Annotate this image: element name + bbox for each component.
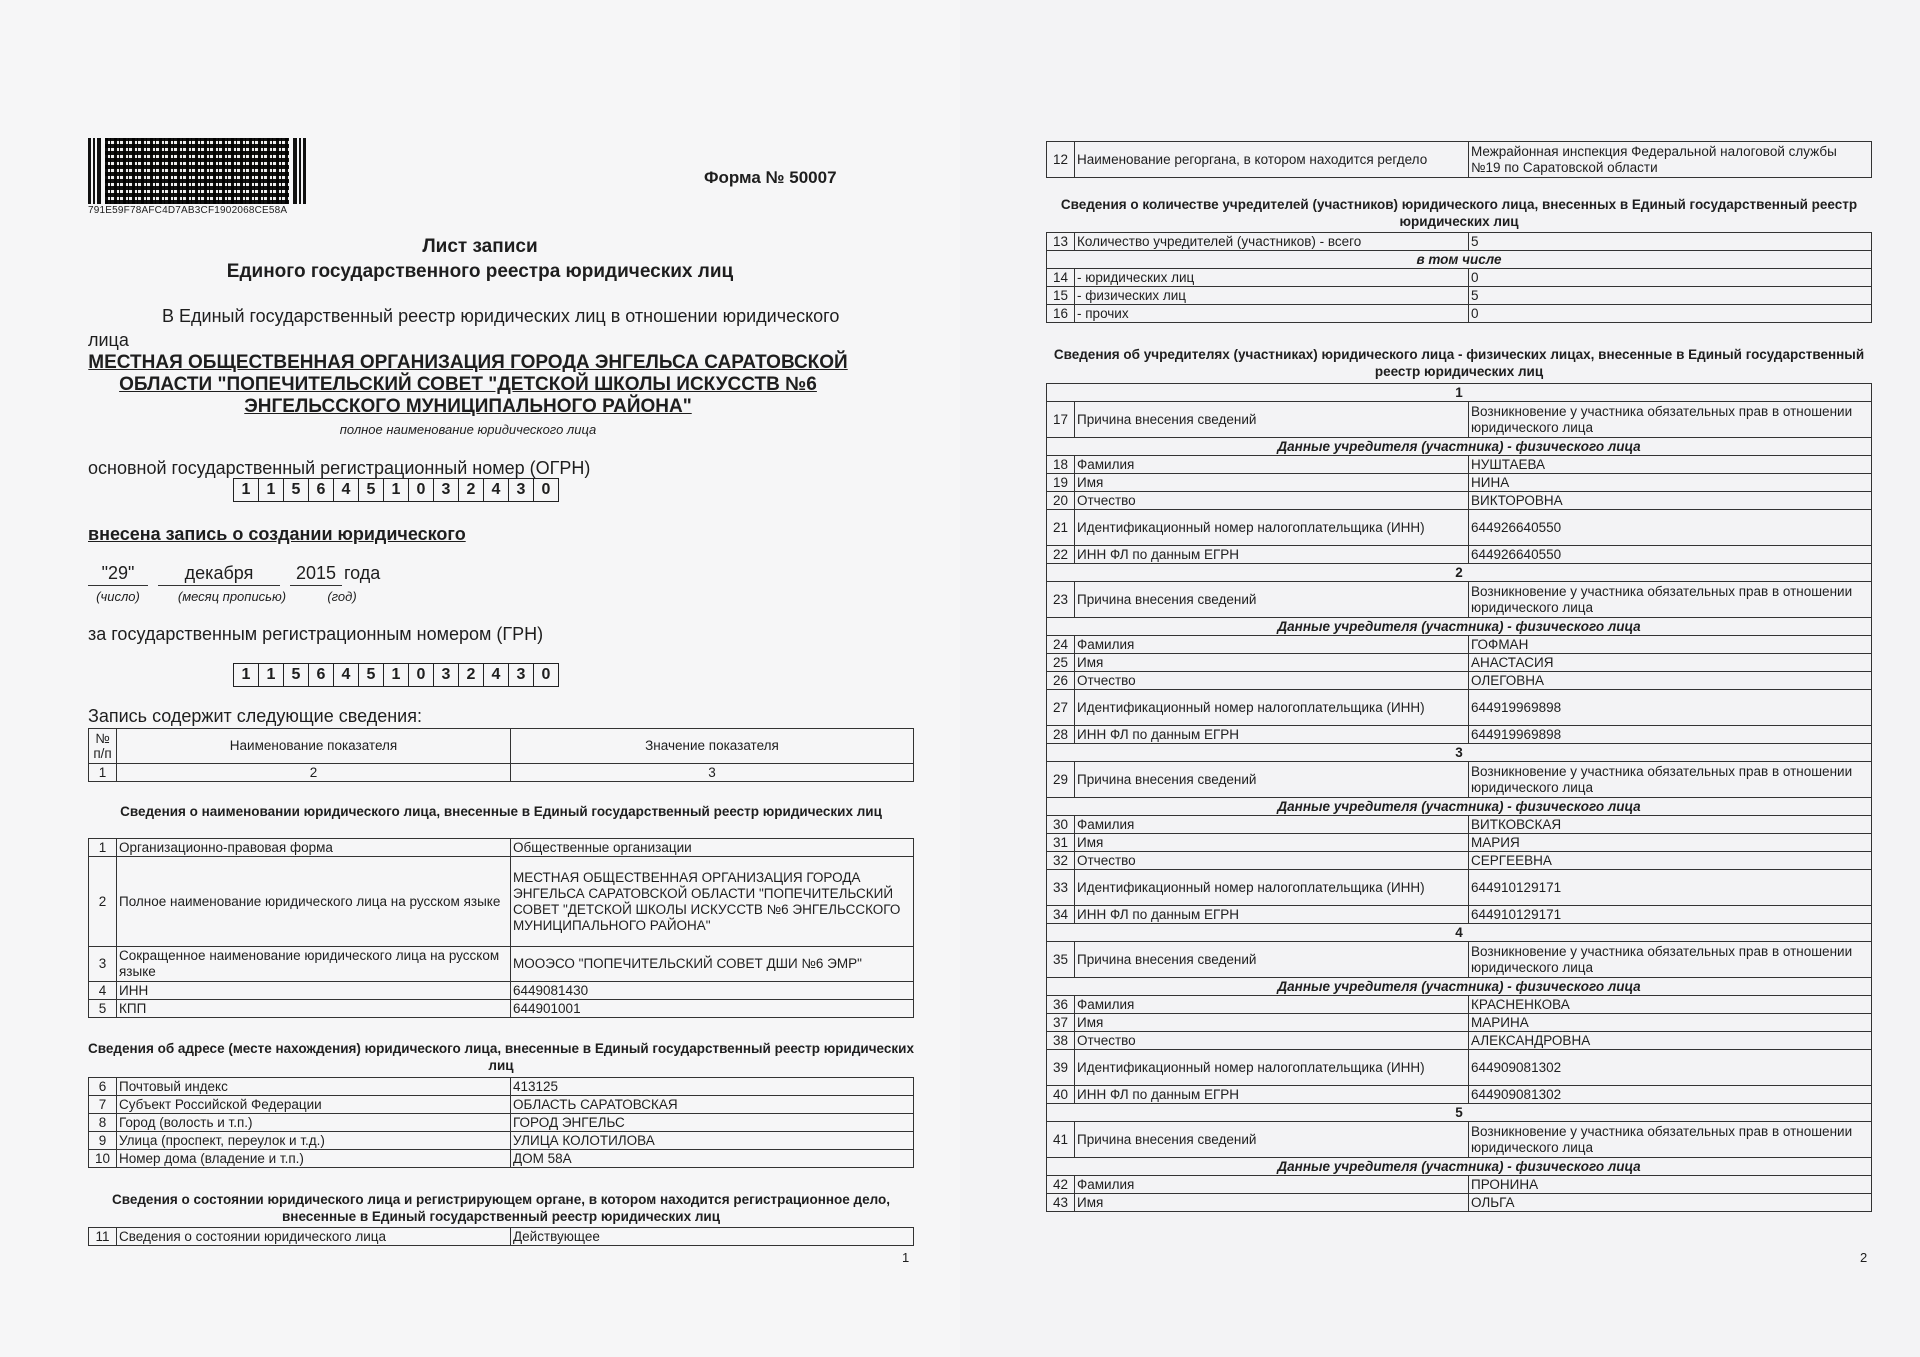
- date-month-caption: (месяц прописью): [158, 589, 306, 604]
- row-value: 644910129171: [1469, 906, 1872, 924]
- row-label: Отчество: [1075, 672, 1469, 690]
- digit-box: 3: [509, 479, 534, 501]
- row-number: 18: [1047, 456, 1075, 474]
- row-number: 43: [1047, 1194, 1075, 1212]
- digit-box: 2: [459, 664, 484, 686]
- table-row: 24ФамилияГОФМАН: [1047, 636, 1872, 654]
- document-subtitle: Единого государственного реестра юридиче…: [0, 261, 960, 283]
- row-label: - прочих: [1075, 305, 1469, 323]
- row-value: Возникновение у участника обязательных п…: [1469, 942, 1872, 978]
- table-row: 14- юридических лиц0: [1047, 269, 1872, 287]
- table-row: 29Причина внесения сведенийВозникновение…: [1047, 762, 1872, 798]
- row-value: 644919969898: [1469, 726, 1872, 744]
- row-number: 20: [1047, 492, 1075, 510]
- document-title: Лист записи: [0, 236, 960, 258]
- ogrn-label: основной государственный регистрационный…: [88, 458, 590, 479]
- row-value: Действующее: [511, 1228, 914, 1246]
- row-value: АЛЕКСАНДРОВНА: [1469, 1032, 1872, 1050]
- row-number: 10: [89, 1150, 117, 1168]
- row-number: 16: [1047, 305, 1075, 323]
- row-number: 23: [1047, 582, 1075, 618]
- row-number: 34: [1047, 906, 1075, 924]
- table-row: 42ФамилияПРОНИНА: [1047, 1176, 1872, 1194]
- header-index-2: 2: [117, 764, 511, 782]
- ogrn-digit-boxes: 1156451032430: [233, 478, 559, 502]
- row-value: 644901001: [511, 1000, 914, 1018]
- row-value: УЛИЦА КОЛОТИЛОВА: [511, 1132, 914, 1150]
- row-value: МЕСТНАЯ ОБЩЕСТВЕННАЯ ОРГАНИЗАЦИЯ ГОРОДА …: [511, 857, 914, 947]
- table-row: 23Причина внесения сведенийВозникновение…: [1047, 582, 1872, 618]
- digit-box: 1: [259, 664, 284, 686]
- row-number: 1: [89, 839, 117, 857]
- row-label: ИНН: [117, 982, 511, 1000]
- header-index-3: 3: [511, 764, 914, 782]
- row-label: Сокращенное наименование юридического ли…: [117, 947, 511, 982]
- row-value: ГОРОД ЭНГЕЛЬС: [511, 1114, 914, 1132]
- row-label: Причина внесения сведений: [1075, 402, 1469, 438]
- table-row: 1Организационно-правовая формаОбщественн…: [89, 839, 914, 857]
- row-value: 5: [1469, 287, 1872, 305]
- table-row: 6Почтовый индекс413125: [89, 1078, 914, 1096]
- page-1: 791E59F78AFC4D7AB3CF1902068CE58A Форма №…: [0, 0, 960, 1357]
- row-value: Возникновение у участника обязательных п…: [1469, 582, 1872, 618]
- header-table: № п/п Наименование показателя Значение п…: [88, 728, 914, 782]
- row-number: 30: [1047, 816, 1075, 834]
- row-number: 7: [89, 1096, 117, 1114]
- row-number: 31: [1047, 834, 1075, 852]
- table-row: 16- прочих0: [1047, 305, 1872, 323]
- founder-count-table: 13Количество учредителей (участников) - …: [1046, 232, 1872, 323]
- table-row: 43ИмяОЛЬГА: [1047, 1194, 1872, 1212]
- section-title-name: Сведения о наименовании юридического лиц…: [88, 803, 914, 820]
- row-number: 19: [1047, 474, 1075, 492]
- table-row: 22ИНН ФЛ по данным ЕГРН644926640550: [1047, 546, 1872, 564]
- table-row: 13Количество учредителей (участников) - …: [1047, 233, 1872, 251]
- row-label: Номер дома (владение и т.п.): [117, 1150, 511, 1168]
- page-number-2: 2: [1860, 1250, 1867, 1265]
- table-row: 26ОтчествоОЛЕГОВНА: [1047, 672, 1872, 690]
- row-value: Межрайонная инспекция Федеральной налого…: [1469, 142, 1872, 178]
- row-value: Возникновение у участника обязательных п…: [1469, 402, 1872, 438]
- row-value: МАРИЯ: [1469, 834, 1872, 852]
- founder-index: 5: [1047, 1104, 1872, 1122]
- row-label: Причина внесения сведений: [1075, 762, 1469, 798]
- row-number: 11: [89, 1228, 117, 1246]
- table-row: 12Наименование регоргана, в котором нахо…: [1047, 142, 1872, 178]
- row-number: 3: [89, 947, 117, 982]
- section-title-founder-count: Сведения о количестве учредителей (участ…: [1046, 196, 1872, 230]
- address-table: 6Почтовый индекс4131257Субъект Российско…: [88, 1077, 914, 1168]
- table-row: 7Субъект Российской ФедерацииОБЛАСТЬ САР…: [89, 1096, 914, 1114]
- table-row: 34ИНН ФЛ по данным ЕГРН644910129171: [1047, 906, 1872, 924]
- barcode-image: [88, 138, 306, 204]
- row-label: ИНН ФЛ по данным ЕГРН: [1075, 546, 1469, 564]
- section-title-address: Сведения об адресе (месте нахождения) юр…: [88, 1040, 914, 1074]
- row-number: 4: [89, 982, 117, 1000]
- row-label: Идентификационный номер налогоплательщик…: [1075, 1050, 1469, 1086]
- table-row: 35Причина внесения сведенийВозникновение…: [1047, 942, 1872, 978]
- digit-box: 1: [384, 479, 409, 501]
- table-row: 28ИНН ФЛ по данным ЕГРН644919969898: [1047, 726, 1872, 744]
- row-label: - юридических лиц: [1075, 269, 1469, 287]
- row-value: НИНА: [1469, 474, 1872, 492]
- row-number: 22: [1047, 546, 1075, 564]
- row-label: Фамилия: [1075, 996, 1469, 1014]
- table-row: 3Сокращенное наименование юридического л…: [89, 947, 914, 982]
- row-number: 33: [1047, 870, 1075, 906]
- row-value: СЕРГЕЕВНА: [1469, 852, 1872, 870]
- row-number: 17: [1047, 402, 1075, 438]
- row-label: Наименование регоргана, в котором находи…: [1075, 142, 1469, 178]
- row-label: Имя: [1075, 1014, 1469, 1032]
- table-row: 33Идентификационный номер налогоплательщ…: [1047, 870, 1872, 906]
- row-value: 644909081302: [1469, 1050, 1872, 1086]
- row-value: ВИТКОВСКАЯ: [1469, 816, 1872, 834]
- row-number: 8: [89, 1114, 117, 1132]
- row-value: ОЛЕГОВНА: [1469, 672, 1872, 690]
- row-number: 39: [1047, 1050, 1075, 1086]
- table-row: 27Идентификационный номер налогоплательщ…: [1047, 690, 1872, 726]
- table-row: 21Идентификационный номер налогоплательщ…: [1047, 510, 1872, 546]
- row-number: 5: [89, 1000, 117, 1018]
- row-number: 9: [89, 1132, 117, 1150]
- row-number: 37: [1047, 1014, 1075, 1032]
- row-value: ВИКТОРОВНА: [1469, 492, 1872, 510]
- section-title-state: Сведения о состоянии юридического лица и…: [88, 1191, 914, 1225]
- row-value: ГОФМАН: [1469, 636, 1872, 654]
- table-row: 15- физических лиц5: [1047, 287, 1872, 305]
- digit-box: 5: [284, 664, 309, 686]
- date-year-suffix: года: [344, 563, 380, 584]
- row-number: 27: [1047, 690, 1075, 726]
- row-number: 25: [1047, 654, 1075, 672]
- founder-index: 2: [1047, 564, 1872, 582]
- row-label: Улица (проспект, переулок и т.д.): [117, 1132, 511, 1150]
- row-label: Отчество: [1075, 852, 1469, 870]
- table-row: 31ИмяМАРИЯ: [1047, 834, 1872, 852]
- row-number: 28: [1047, 726, 1075, 744]
- row-number: 38: [1047, 1032, 1075, 1050]
- organization-full-name: МЕСТНАЯ ОБЩЕСТВЕННАЯ ОРГАНИЗАЦИЯ ГОРОДА …: [88, 352, 848, 418]
- table-row: 38ОтчествоАЛЕКСАНДРОВНА: [1047, 1032, 1872, 1050]
- row-label: Фамилия: [1075, 816, 1469, 834]
- date-day-caption: (число): [88, 589, 148, 604]
- header-index-1: 1: [89, 764, 117, 782]
- row-label: Идентификационный номер налогоплательщик…: [1075, 870, 1469, 906]
- row-label: Организационно-правовая форма: [117, 839, 511, 857]
- digit-box: 4: [334, 664, 359, 686]
- row-value: 5: [1469, 233, 1872, 251]
- digit-box: 1: [384, 664, 409, 686]
- row-value: ОБЛАСТЬ САРАТОВСКАЯ: [511, 1096, 914, 1114]
- table-row: 36ФамилияКРАСНЕНКОВА: [1047, 996, 1872, 1014]
- digit-box: 6: [309, 479, 334, 501]
- digit-box: 3: [509, 664, 534, 686]
- digit-box: 5: [359, 664, 384, 686]
- intro-text: В Единый государственный реестр юридичес…: [162, 306, 839, 327]
- table-row: 18ФамилияНУШТАЕВА: [1047, 456, 1872, 474]
- table-row: 39Идентификационный номер налогоплательщ…: [1047, 1050, 1872, 1086]
- table-row: 19ИмяНИНА: [1047, 474, 1872, 492]
- table-row: 37ИмяМАРИНА: [1047, 1014, 1872, 1032]
- founder-subheader: Данные учредителя (участника) - физическ…: [1047, 978, 1872, 996]
- row-number: 29: [1047, 762, 1075, 798]
- barcode-code: 791E59F78AFC4D7AB3CF1902068CE58A: [88, 205, 287, 216]
- digit-box: 0: [534, 664, 558, 686]
- table-row: 4ИНН6449081430: [89, 982, 914, 1000]
- digit-box: 3: [434, 664, 459, 686]
- digit-box: 1: [234, 479, 259, 501]
- row-number: 35: [1047, 942, 1075, 978]
- row-label: Сведения о состоянии юридического лица: [117, 1228, 511, 1246]
- record-creation-text: внесена запись о создании юридического: [88, 524, 466, 545]
- row-number: 40: [1047, 1086, 1075, 1104]
- row-value: 413125: [511, 1078, 914, 1096]
- digit-box: 4: [484, 479, 509, 501]
- table-row: 17Причина внесения сведенийВозникновение…: [1047, 402, 1872, 438]
- date-month: декабря: [158, 563, 280, 586]
- row-value: МООЭСО "ПОПЕЧИТЕЛЬСКИЙ СОВЕТ ДШИ №6 ЭМР": [511, 947, 914, 982]
- date-day: "29": [88, 563, 148, 586]
- table-row: 10Номер дома (владение и т.п.)ДОМ 58А: [89, 1150, 914, 1168]
- date-year: 2015: [290, 563, 342, 586]
- row-value: 644910129171: [1469, 870, 1872, 906]
- row-number: 12: [1047, 142, 1075, 178]
- table-row: 40ИНН ФЛ по данным ЕГРН644909081302: [1047, 1086, 1872, 1104]
- row-label: Количество учредителей (участников) - вс…: [1075, 233, 1469, 251]
- row-value: КРАСНЕНКОВА: [1469, 996, 1872, 1014]
- table-row: 8Город (волость и т.п.)ГОРОД ЭНГЕЛЬС: [89, 1114, 914, 1132]
- organization-name-caption: полное наименование юридического лица: [88, 422, 848, 437]
- table-row: 9Улица (проспект, переулок и т.д.)УЛИЦА …: [89, 1132, 914, 1150]
- row-value: Общественные организации: [511, 839, 914, 857]
- header-col-name: Наименование показателя: [117, 729, 511, 764]
- row-value: Возникновение у участника обязательных п…: [1469, 762, 1872, 798]
- founder-subheader: Данные учредителя (участника) - физическ…: [1047, 618, 1872, 636]
- row-label: Субъект Российской Федерации: [117, 1096, 511, 1114]
- digit-box: 1: [234, 664, 259, 686]
- row-value: 644926640550: [1469, 510, 1872, 546]
- row-number: 21: [1047, 510, 1075, 546]
- row-label: КПП: [117, 1000, 511, 1018]
- row-label: Фамилия: [1075, 636, 1469, 654]
- row-value: Возникновение у участника обязательных п…: [1469, 1122, 1872, 1158]
- founder-subheader: Данные учредителя (участника) - физическ…: [1047, 438, 1872, 456]
- row-number: 36: [1047, 996, 1075, 1014]
- row-value: ДОМ 58А: [511, 1150, 914, 1168]
- row-label: Причина внесения сведений: [1075, 582, 1469, 618]
- digit-box: 5: [284, 479, 309, 501]
- table-row: 25ИмяАНАСТАСИЯ: [1047, 654, 1872, 672]
- page-number-1: 1: [902, 1250, 909, 1265]
- table-row: 2Полное наименование юридического лица н…: [89, 857, 914, 947]
- row-label: Причина внесения сведений: [1075, 942, 1469, 978]
- row-value: 644926640550: [1469, 546, 1872, 564]
- row-value: 644909081302: [1469, 1086, 1872, 1104]
- contains-label: Запись содержит следующие сведения:: [88, 706, 422, 727]
- state-table: 11Сведения о состоянии юридического лица…: [88, 1227, 914, 1246]
- founders-table: 117Причина внесения сведенийВозникновени…: [1046, 383, 1872, 1212]
- row-label: Почтовый индекс: [117, 1078, 511, 1096]
- founder-subheader: Данные учредителя (участника) - физическ…: [1047, 798, 1872, 816]
- digit-box: 1: [259, 479, 284, 501]
- intro-text-cont: лица: [88, 330, 129, 351]
- row-label: Имя: [1075, 834, 1469, 852]
- table-row: 11Сведения о состоянии юридического лица…: [89, 1228, 914, 1246]
- date-year-caption: (год): [322, 589, 362, 604]
- row-label: ИНН ФЛ по данным ЕГРН: [1075, 906, 1469, 924]
- row-value: 6449081430: [511, 982, 914, 1000]
- table-row: 41Причина внесения сведенийВозникновение…: [1047, 1122, 1872, 1158]
- row-label: - физических лиц: [1075, 287, 1469, 305]
- digit-box: 4: [334, 479, 359, 501]
- digit-box: 0: [534, 479, 558, 501]
- table-row: 5КПП644901001: [89, 1000, 914, 1018]
- registry-authority-table: 12Наименование регоргана, в котором нахо…: [1046, 141, 1872, 178]
- row-number: 32: [1047, 852, 1075, 870]
- row-value: ОЛЬГА: [1469, 1194, 1872, 1212]
- digit-box: 0: [409, 479, 434, 501]
- founder-index: 4: [1047, 924, 1872, 942]
- row-value: 0: [1469, 305, 1872, 323]
- row-number: 14: [1047, 269, 1075, 287]
- row-number: 2: [89, 857, 117, 947]
- row-label: Имя: [1075, 474, 1469, 492]
- table-row: 32ОтчествоСЕРГЕЕВНА: [1047, 852, 1872, 870]
- row-label: Отчество: [1075, 492, 1469, 510]
- row-value: 644919969898: [1469, 690, 1872, 726]
- row-number: 41: [1047, 1122, 1075, 1158]
- row-value: НУШТАЕВА: [1469, 456, 1872, 474]
- digit-box: 4: [484, 664, 509, 686]
- row-number: 6: [89, 1078, 117, 1096]
- section-title-founders: Сведения об учредителях (участниках) юри…: [1046, 346, 1872, 380]
- row-number: 26: [1047, 672, 1075, 690]
- row-label: ИНН ФЛ по данным ЕГРН: [1075, 1086, 1469, 1104]
- row-label: Идентификационный номер налогоплательщик…: [1075, 690, 1469, 726]
- row-value: МАРИНА: [1469, 1014, 1872, 1032]
- founder-subheader: Данные учредителя (участника) - физическ…: [1047, 1158, 1872, 1176]
- grn-label: за государственным регистрационным номер…: [88, 624, 543, 645]
- row-label: Причина внесения сведений: [1075, 1122, 1469, 1158]
- row-label: Фамилия: [1075, 1176, 1469, 1194]
- row-label: Идентификационный номер налогоплательщик…: [1075, 510, 1469, 546]
- digit-box: 6: [309, 664, 334, 686]
- table-row: 30ФамилияВИТКОВСКАЯ: [1047, 816, 1872, 834]
- header-col-value: Значение показателя: [511, 729, 914, 764]
- row-number: 42: [1047, 1176, 1075, 1194]
- digit-box: 0: [409, 664, 434, 686]
- row-value: АНАСТАСИЯ: [1469, 654, 1872, 672]
- row-label: ИНН ФЛ по данным ЕГРН: [1075, 726, 1469, 744]
- digit-box: 2: [459, 479, 484, 501]
- table-row: 20ОтчествоВИКТОРОВНА: [1047, 492, 1872, 510]
- row-value: ПРОНИНА: [1469, 1176, 1872, 1194]
- row-label: Фамилия: [1075, 456, 1469, 474]
- founder-index: 3: [1047, 744, 1872, 762]
- row-number: 24: [1047, 636, 1075, 654]
- row-number: 15: [1047, 287, 1075, 305]
- digit-box: 3: [434, 479, 459, 501]
- header-col-number: № п/п: [89, 729, 117, 764]
- grn-digit-boxes: 1156451032430: [233, 663, 559, 687]
- row-label: Полное наименование юридического лица на…: [117, 857, 511, 947]
- row-number: 13: [1047, 233, 1075, 251]
- name-table: 1Организационно-правовая формаОбщественн…: [88, 838, 914, 1018]
- including-label: в том числе: [1047, 251, 1872, 269]
- row-label: Отчество: [1075, 1032, 1469, 1050]
- row-label: Имя: [1075, 654, 1469, 672]
- row-label: Имя: [1075, 1194, 1469, 1212]
- founder-index: 1: [1047, 384, 1872, 402]
- form-number: Форма № 50007: [704, 168, 837, 188]
- digit-box: 5: [359, 479, 384, 501]
- row-label: Город (волость и т.п.): [117, 1114, 511, 1132]
- row-value: 0: [1469, 269, 1872, 287]
